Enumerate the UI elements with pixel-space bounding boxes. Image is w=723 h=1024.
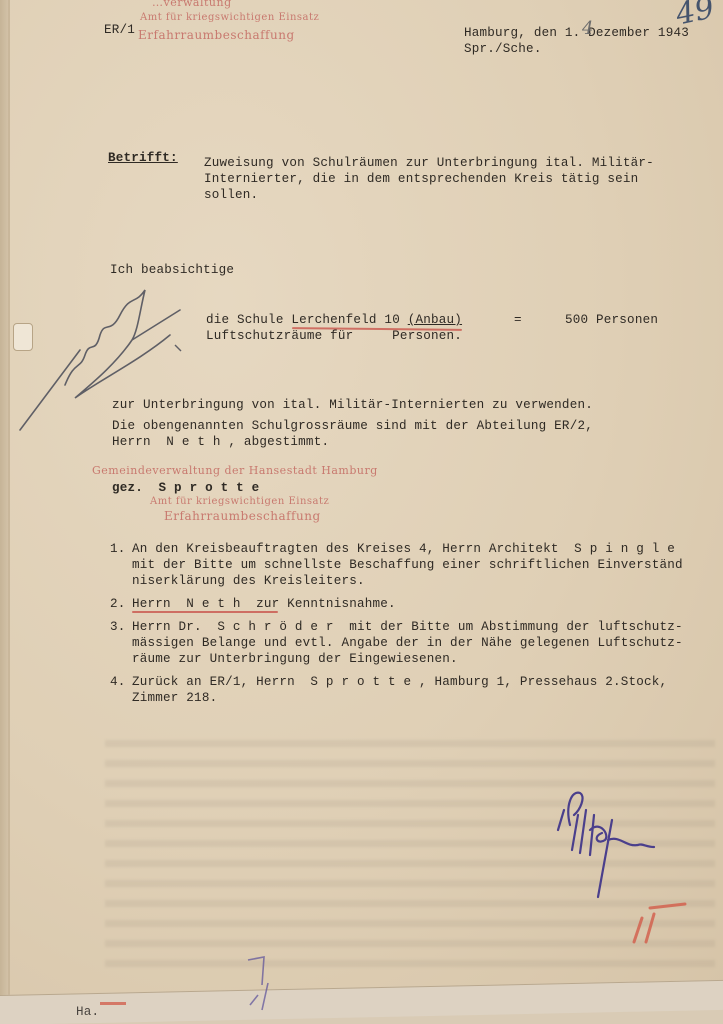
ink-signature-icon bbox=[550, 785, 690, 895]
purpose-line: zur Unterbringung von ital. Militär-Inte… bbox=[112, 397, 593, 413]
dist-3-line-3: räume zur Unterbringung der Eingewiesene… bbox=[132, 651, 458, 667]
subject-line-1: Zuweisung von Schulräumen zur Unterbring… bbox=[204, 155, 654, 171]
office-stamp-line3: Erfahrraumbeschaffung bbox=[164, 510, 321, 523]
pencil-bracket-icon bbox=[240, 955, 270, 1015]
red-tab-mark bbox=[100, 1002, 126, 1005]
dist-4-num: 4. bbox=[110, 674, 126, 690]
letterhead-stamp-line1: …verwaltung bbox=[152, 0, 232, 9]
allocation-line-2: Luftschutzräume für Personen. bbox=[206, 328, 462, 344]
office-stamp-line1: Gemeindeverwaltung der Hansestadt Hambur… bbox=[92, 464, 378, 477]
dist-4-line-2: Zimmer 218. bbox=[132, 690, 217, 706]
dist-2-num: 2. bbox=[110, 596, 126, 612]
red-underline-neth bbox=[132, 611, 278, 613]
allocation-prefix: die Schule bbox=[206, 313, 291, 327]
intro-text: Ich beabsichtige bbox=[110, 262, 234, 278]
annex-label: (Anbau) bbox=[408, 313, 462, 327]
dist-3-line-1: Herrn Dr. S c h r ö d e r mit der Bitte … bbox=[132, 619, 683, 635]
dist-1-line-3: niserklärung des Kreisleiters. bbox=[132, 573, 365, 589]
school-name: Lerchenfeld 10 bbox=[291, 313, 400, 327]
dist-1-line-2: mit der Bitte um schnellste Beschaffung … bbox=[132, 557, 683, 573]
agreement-line-2: Herrn N e t h , abgestimmt. bbox=[112, 434, 329, 450]
dist-3-num: 3. bbox=[110, 619, 126, 635]
typist-initials: Spr./Sche. bbox=[464, 41, 542, 57]
subject-line-2: Internierter, die in dem entsprechenden … bbox=[204, 171, 638, 187]
dist-1-num: 1. bbox=[110, 541, 126, 557]
allocation-equals: = bbox=[514, 312, 522, 328]
subject-line-3: sollen. bbox=[204, 187, 258, 203]
date-correction: 4 bbox=[582, 18, 593, 39]
dist-1-line-1: An den Kreisbeauftragten des Kreises 4, … bbox=[132, 541, 675, 557]
allocation-line-1: die Schule Lerchenfeld 10 (Anbau) bbox=[206, 312, 462, 328]
signed-by: gez. S p r o t t e bbox=[112, 480, 259, 496]
pencil-signature-icon bbox=[20, 280, 210, 440]
red-crayon-mark-icon bbox=[630, 900, 690, 950]
agreement-line-1: Die obengenannten Schulgrossräume sind m… bbox=[112, 418, 593, 434]
dist-4-line-1: Zurück an ER/1, Herrn S p r o t t e , Ha… bbox=[132, 674, 667, 690]
letterhead-stamp-line2: Amt für kriegswichtigen Einsatz bbox=[140, 11, 319, 24]
allocation-capacity: 500 Personen bbox=[565, 312, 658, 328]
dist-2-line-1: Herrn N e t h zur Kenntnisnahme. bbox=[132, 596, 396, 612]
reference-code: ER/1 bbox=[104, 22, 135, 38]
footer-initials: Ha. bbox=[76, 1004, 99, 1020]
dist-3-line-2: mässigen Belange und evtl. Angabe der in… bbox=[132, 635, 683, 651]
letterhead-stamp-line3: Erfahrraumbeschaffung bbox=[138, 29, 295, 42]
office-stamp-line2: Amt für kriegswichtigen Einsatz bbox=[150, 495, 329, 508]
place-date: Hamburg, den 1. Dezember 1943 bbox=[464, 25, 689, 41]
subject-label: Betrifft: bbox=[108, 150, 178, 166]
